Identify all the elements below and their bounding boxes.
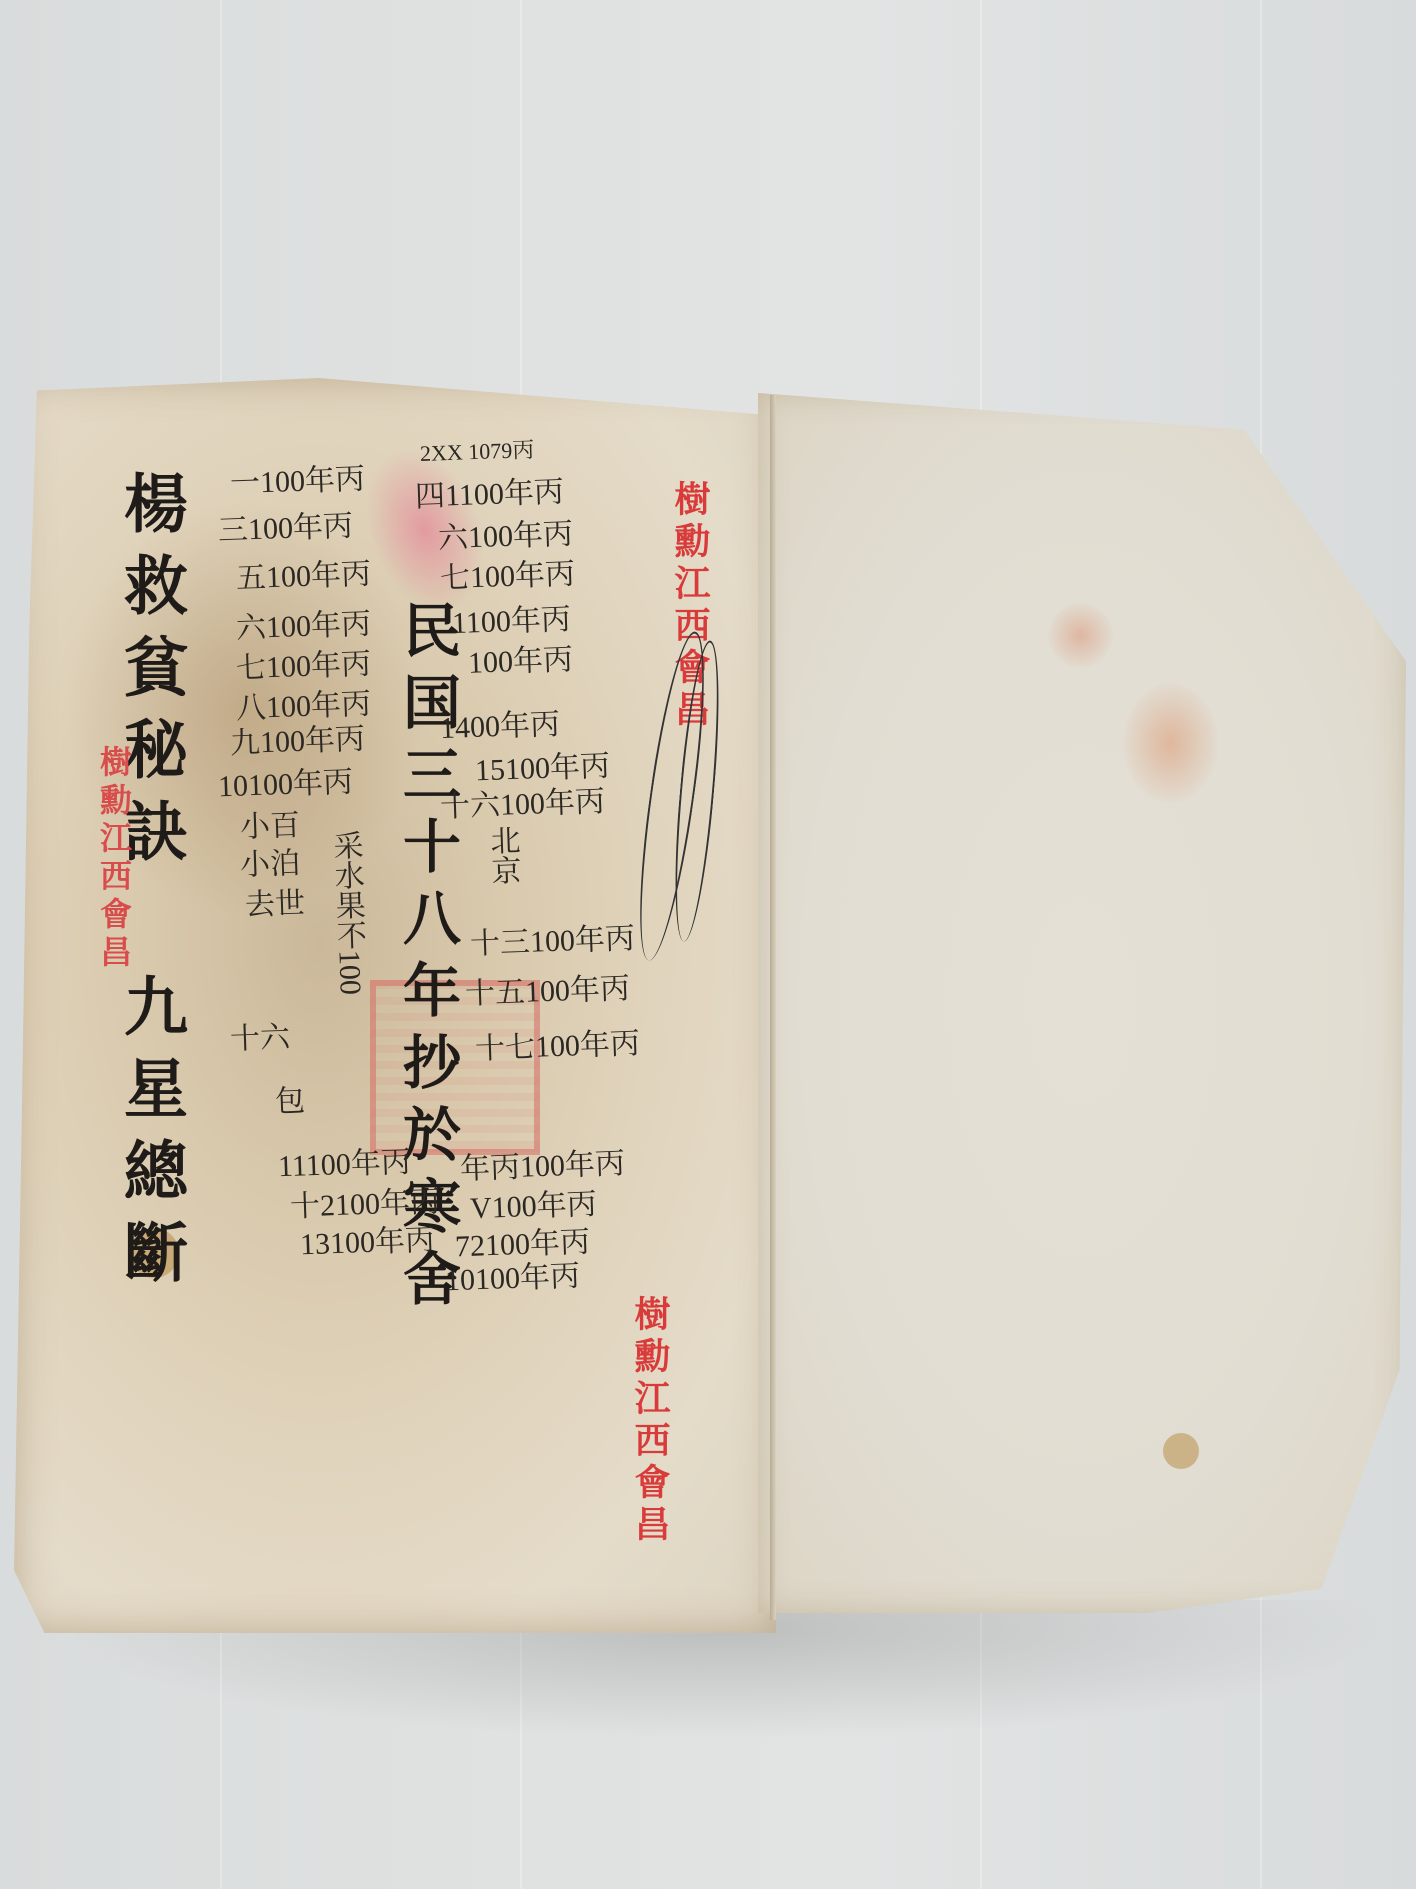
pencil-note: 五100年丙 <box>235 558 371 597</box>
pencil-note: 去世 <box>244 887 305 923</box>
pencil-note: 九100年丙 <box>229 723 365 762</box>
red-stamp-left: 樹勳江西會昌 <box>98 745 130 973</box>
red-stamp-bottom: 樹勳江西會昌 <box>632 1295 668 1547</box>
pencil-note: 十六 <box>229 1021 290 1057</box>
pencil-note: 15100年丙 <box>474 750 610 789</box>
pencil-note: 13100年丙 <box>299 1224 435 1263</box>
pencil-note: 七100年丙 <box>235 648 371 687</box>
pencil-note: 三100年丙 <box>217 510 353 549</box>
pencil-note: V100年丙 <box>469 1188 597 1226</box>
pencil-note: 十七100年丙 <box>474 1027 640 1067</box>
pencil-note: 八100年丙 <box>235 688 371 727</box>
pencil-note: 十三100年丙 <box>469 922 635 962</box>
pencil-note: 10100年丙 <box>217 766 353 805</box>
pencil-note: 北京 <box>484 824 520 885</box>
foxing-spot <box>1163 1433 1199 1469</box>
book-spine <box>770 395 776 1620</box>
pencil-note: 100年丙 <box>467 643 573 681</box>
pencil-note: 七100年丙 <box>439 558 575 597</box>
pencil-note: 十六100年丙 <box>439 785 605 825</box>
foxing-spot <box>1048 603 1113 668</box>
pencil-note: 年丙100年丙 <box>459 1147 625 1187</box>
pencil-note: 一100年丙 <box>229 463 365 502</box>
pencil-note: 10100年丙 <box>444 1260 580 1299</box>
pencil-note: 1100年丙 <box>451 603 571 641</box>
pencil-note: 1400年丙 <box>439 708 560 746</box>
pencil-note: 小百 <box>239 809 300 845</box>
pencil-note: 十五100年丙 <box>464 972 630 1012</box>
pencil-note: 十2100年丙 <box>289 1185 440 1224</box>
pencil-note: 2XX 1079丙 <box>419 433 534 471</box>
pencil-note: 四1100年丙 <box>414 475 564 514</box>
pencil-note: 11100年丙 <box>277 1146 411 1185</box>
pencil-note: 六100年丙 <box>235 608 371 647</box>
pencil-note: 72100年丙 <box>454 1226 590 1265</box>
pencil-note: 包 <box>274 1084 305 1119</box>
pencil-note: 采水果不100 <box>327 829 367 995</box>
foxing-spot <box>1123 683 1218 803</box>
right-page <box>758 393 1406 1613</box>
pencil-note: 小泊 <box>239 847 300 883</box>
pencil-note: 六100年丙 <box>437 518 573 557</box>
